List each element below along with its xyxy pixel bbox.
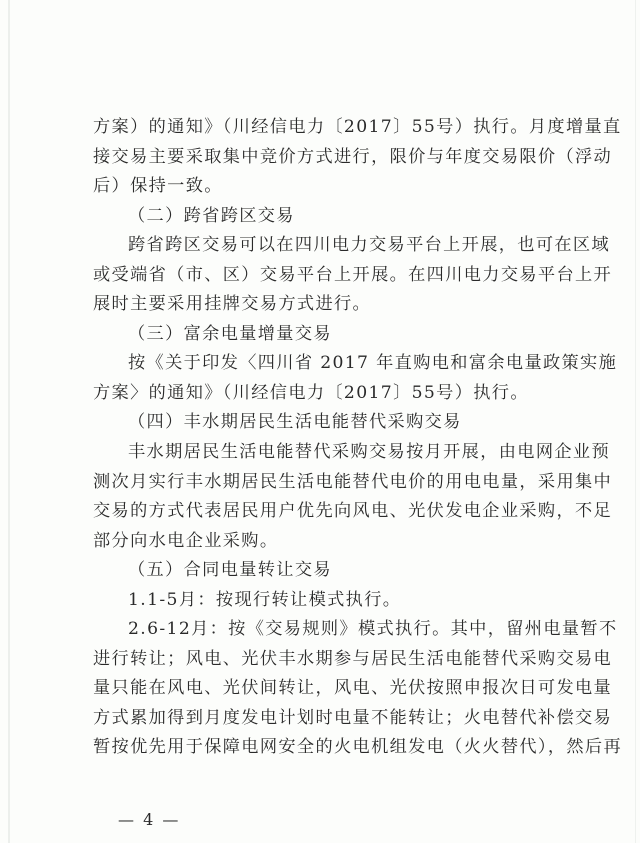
list-item-1: 1.1-5月：按现行转让模式执行。 <box>93 586 555 616</box>
document-body: 方案）的通知》（川经信电力〔2017〕55号）执行。月度增量直 接交易主要采取集… <box>93 113 555 763</box>
text-line: 部分向水电企业采购。 <box>93 527 555 557</box>
text-line: 展时主要采用挂牌交易方式进行。 <box>93 290 555 320</box>
list-item-2: 2.6-12月：按《交易规则》模式执行。其中，留州电量暂不 <box>93 615 555 645</box>
text-line: 跨省跨区交易可以在四川电力交易平台上开展，也可在区域 <box>93 231 555 261</box>
text-line: 测次月实行丰水期居民生活电能替代电价的用电电量，采用集中 <box>93 468 555 498</box>
text-line: 进行转让；风电、光伏丰水期参与居民生活电能替代采购交易电 <box>93 645 555 675</box>
text-line: 量只能在风电、光伏间转让，风电、光伏按照申报次日可发电量 <box>93 674 555 704</box>
section-heading-5: （五）合同电量转让交易 <box>93 556 555 586</box>
text-line: 后）保持一致。 <box>93 172 555 202</box>
scan-edge-left <box>8 0 10 843</box>
section-heading-3: （三）富余电量增量交易 <box>93 320 555 350</box>
text-line: 丰水期居民生活电能替代采购交易按月开展，由电网企业预 <box>93 438 555 468</box>
scan-edge-right <box>635 0 636 843</box>
text-line: 方案〉的通知》（川经信电力〔2017〕55号）执行。 <box>93 379 555 409</box>
text-line: 暂按优先用于保障电网安全的火电机组发电（火火替代），然后再 <box>93 733 555 763</box>
section-heading-4: （四）丰水期居民生活电能替代采购交易 <box>93 408 555 438</box>
text-line: 按《关于印发〈四川省 2017 年直购电和富余电量政策实施 <box>93 349 555 379</box>
page-number: — 4 — <box>118 810 180 829</box>
text-line: 交易的方式代表居民用户优先向风电、光伏发电企业采购，不足 <box>93 497 555 527</box>
document-page: 方案）的通知》（川经信电力〔2017〕55号）执行。月度增量直 接交易主要采取集… <box>0 0 640 843</box>
text-line: 接交易主要采取集中竞价方式进行，限价与年度交易限价（浮动 <box>93 143 555 173</box>
text-line: 或受端省（市、区）交易平台上开展。在四川电力交易平台上开 <box>93 261 555 291</box>
text-line: 方案）的通知》（川经信电力〔2017〕55号）执行。月度增量直 <box>93 113 555 143</box>
section-heading-2: （二）跨省跨区交易 <box>93 202 555 232</box>
text-line: 方式累加得到月度发电计划时电量不能转让；火电替代补偿交易 <box>93 704 555 734</box>
